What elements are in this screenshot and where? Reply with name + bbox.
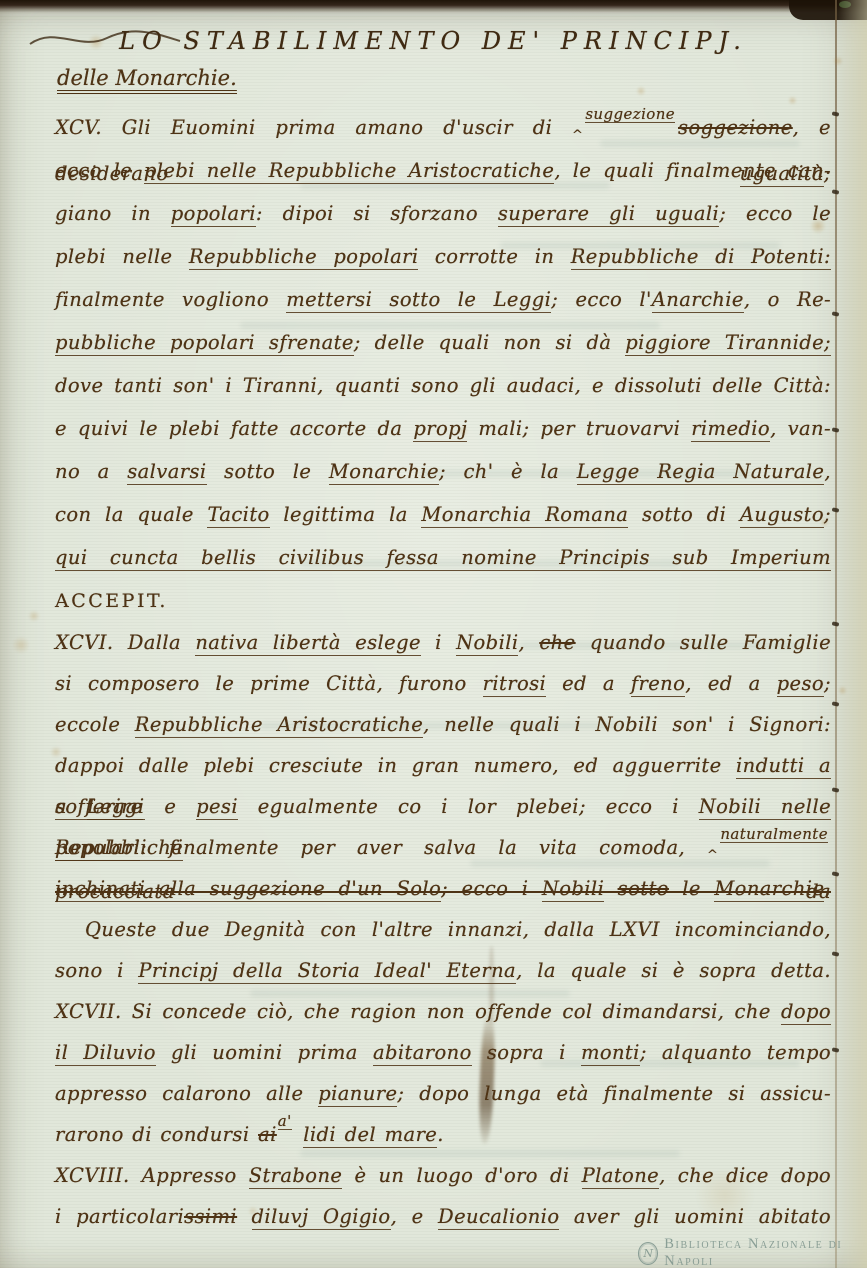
underlined-phrase: dopo — [781, 1000, 831, 1025]
caret-mark: ^ — [707, 835, 718, 876]
text-segment: e — [145, 795, 197, 818]
manuscript-line: i particolarissimi diluvj Ogigio, e Deuc… — [55, 1196, 831, 1237]
manuscript-line: ecco le plebi nelle Repubbliche Aristocr… — [55, 149, 831, 192]
manuscript-line: plebi nelle Repubbliche popolari corrott… — [55, 235, 831, 278]
underlined-phrase: nativa libertà eslege — [195, 631, 421, 656]
struck-word: sotto — [618, 877, 669, 900]
text-segment: i — [421, 631, 456, 654]
section-heading: delle Monarchie. — [57, 66, 237, 94]
text-segment: finalmente vogliono — [55, 288, 286, 311]
underlined-phrase: Deucalionio — [438, 1205, 559, 1230]
underlined-phrase: ritrosi — [483, 672, 547, 697]
page-right-margin-strip — [838, 0, 867, 1268]
underlined-phrase: peso — [777, 672, 824, 697]
binding-tick — [832, 701, 840, 706]
text-segment: ; — [824, 503, 831, 526]
foxing-spot — [788, 96, 797, 105]
binding-tick — [832, 427, 840, 432]
text-segment: , le quali finalmente can- — [554, 159, 831, 182]
manuscript-lines: XCV. Gli Euomini prima amano d'uscir di … — [55, 106, 831, 1237]
binding-tick — [832, 871, 840, 876]
manuscript-line: con la quale Tacito legittima la Monarch… — [55, 493, 831, 536]
text-segment: Queste due Degnità con l'altre innanzi, … — [85, 918, 831, 941]
struck-word: soggezione — [678, 116, 793, 139]
struck-word: ai — [258, 1123, 277, 1146]
text-segment: . — [824, 877, 831, 900]
binding-tick — [832, 189, 840, 194]
manuscript-line: appresso calarono alle pianure; dopo lun… — [55, 1073, 831, 1114]
text-segment: ; delle quali non si dà — [354, 331, 625, 354]
underlined-phrase: Anarchie — [652, 288, 744, 313]
manuscript-line: Queste due Degnità con l'altre innanzi, … — [55, 909, 831, 950]
manuscript-line: XCV. Gli Euomini prima amano d'uscir di … — [55, 106, 831, 149]
underlined-phrase: qui cuncta bellis civilibus fessa nomine… — [55, 546, 831, 571]
underlined-phrase: rimedio — [691, 417, 770, 442]
text-segment: eccole — [55, 713, 135, 736]
text-segment: ; ch' è la — [439, 460, 577, 483]
text-segment: no a — [55, 460, 127, 483]
manuscript-line: ACCEPIT. — [55, 579, 831, 622]
manuscript-line: il Diluvio gli uomini prima abitarono so… — [55, 1032, 831, 1073]
text-segment: , che dice dopo — [659, 1164, 831, 1187]
underlined-phrase: Repubbliche di Potenti: — [571, 245, 831, 270]
inserted-word: naturalmente — [720, 827, 828, 843]
text-segment: giano in — [55, 202, 171, 225]
underlined-phrase: Strabone — [249, 1164, 343, 1189]
manuscript-line: popolari: finalmente per aver salva la v… — [55, 827, 831, 868]
text-segment: , ed a — [685, 672, 776, 695]
underlined-phrase: Legge Regia Naturale — [577, 460, 825, 485]
underlined-phrase: Repubbliche Aristocratiche — [135, 713, 423, 738]
binding-tick — [832, 787, 840, 792]
text-segment: corrotte in — [418, 245, 570, 268]
underlined-phrase: superare gli uguali — [498, 202, 719, 227]
text-segment: ; alquanto tempo — [640, 1041, 831, 1064]
text-segment: aver gli uomini abitato — [559, 1205, 831, 1228]
manuscript-line: no a salvarsi sotto le Monarchie; ch' è … — [55, 450, 831, 493]
manuscript-line: rarono di condursi aia' lidi del mare. — [55, 1114, 831, 1155]
text-segment: ecco le — [55, 159, 144, 182]
underlined-phrase: popolari — [171, 202, 256, 227]
text-segment: le — [669, 877, 714, 900]
underlined-phrase: lidi del mare — [303, 1123, 437, 1148]
text-segment: . — [437, 1123, 444, 1146]
manuscript-line: sono i Principj della Storia Ideal' Eter… — [55, 950, 831, 991]
text-segment: ; ecco le — [719, 202, 831, 225]
text-segment: , — [824, 460, 831, 483]
text-segment — [295, 1123, 304, 1146]
struck-word: che — [539, 631, 575, 654]
library-watermark: N Biblioteca Nazionale di Napoli — [638, 1236, 867, 1268]
struck-word: ssimi — [184, 1205, 237, 1228]
manuscript-page: LO STABILIMENTO DE' PRINCIPJ. delle Mona… — [0, 0, 867, 1268]
underlined-phrase: salvarsi — [127, 460, 206, 485]
inserted-word: suggezione — [585, 107, 675, 123]
text-segment: , van- — [770, 417, 831, 440]
underlined-phrase: Principj della Storia Ideal' Eterna — [138, 959, 516, 984]
text-segment: dappoi dalle plebi cresciute in gran num… — [55, 754, 736, 777]
underlined-phrase: Monarchie — [329, 460, 439, 485]
text-segment — [604, 877, 617, 900]
underlined-phrase: monti — [581, 1041, 640, 1066]
underlined-phrase: pianure — [318, 1082, 397, 1107]
binding-tick — [832, 1047, 840, 1052]
underlined-phrase: abitarono — [373, 1041, 472, 1066]
underlined-phrase: Leggi — [87, 795, 145, 820]
binding-tick — [832, 311, 840, 316]
manuscript-line: a Leggi e pesi egualmente co i lor plebe… — [55, 786, 831, 827]
text-segment: XCVIII. Appresso — [55, 1164, 249, 1187]
manuscript-line: e quivi le plebi fatte accorte da propj … — [55, 407, 831, 450]
text-segment: ed a — [546, 672, 631, 695]
underlined-phrase: mettersi sotto le Leggi — [286, 288, 551, 313]
underlined-phrase: Nobili — [456, 631, 518, 656]
text-segment: , nelle quali i Nobili son' i Signori: — [423, 713, 831, 736]
underlined-phrase: inchinati alla suggezione d'un Solo — [55, 877, 441, 902]
foxing-spot — [12, 636, 30, 654]
text-segment: sopra i — [472, 1041, 581, 1064]
manuscript-line: finalmente vogliono mettersi sotto le Le… — [55, 278, 831, 321]
library-logo-monogram: N — [643, 1247, 653, 1260]
text-segment: mali; per truovarvi — [467, 417, 691, 440]
underlined-phrase: pesi — [196, 795, 238, 820]
binding-tick — [832, 507, 840, 512]
foxing-spot — [833, 56, 843, 66]
text-segment: ; dopo lunga età finalmente si assicu- — [397, 1082, 831, 1105]
underlined-phrase: popolari — [55, 836, 140, 861]
library-logo-icon: N — [638, 1242, 658, 1265]
text-segment: sono i — [55, 959, 138, 982]
text-segment: XCV. Gli Euomini prima amano d'uscir di — [55, 116, 572, 139]
text-segment: XCVI. Dalla — [55, 631, 195, 654]
underlined-phrase: pubbliche popolari sfrenate — [55, 331, 354, 356]
text-segment: a — [55, 795, 87, 818]
text-segment: gli uomini prima — [156, 1041, 373, 1064]
text-segment: : finalmente per aver salva la vita como… — [140, 836, 707, 859]
underlined-phrase: plebi nelle Repubbliche Aristocratiche — [144, 159, 554, 184]
text-segment — [237, 1205, 251, 1228]
text-segment: XCVII. Si concede ciò, che ragion non of… — [55, 1000, 781, 1023]
underlined-phrase: Nobili — [542, 877, 604, 902]
text-segment: sotto di — [628, 503, 740, 526]
caret-mark: ^ — [572, 114, 583, 157]
text-segment: , e — [391, 1205, 438, 1228]
manuscript-line: dove tanti son' i Tiranni, quanti sono g… — [55, 364, 831, 407]
text-segment: , o Re- — [744, 288, 831, 311]
binding-tick — [832, 111, 840, 116]
underlined-phrase: Platone — [582, 1164, 659, 1189]
text-segment: ; ecco i — [441, 877, 542, 900]
underlined-phrase: Monarchia Romana — [421, 503, 628, 528]
text-segment: quando sulle Famiglie — [576, 631, 831, 654]
underlined-phrase: Tacito — [207, 503, 269, 528]
manuscript-line: pubbliche popolari sfrenate; delle quali… — [55, 321, 831, 364]
manuscript-line: eccole Repubbliche Aristocratiche, nelle… — [55, 704, 831, 745]
text-segment: plebi nelle — [55, 245, 189, 268]
foxing-spot — [838, 686, 847, 695]
binding-tick — [832, 951, 840, 956]
manuscript-line: XCVI. Dalla nativa libertà eslege i Nobi… — [55, 622, 831, 663]
page-top-edge — [0, 0, 867, 13]
text-segment: si composero le prime Città, furono — [55, 672, 483, 695]
text-segment: legittima la — [270, 503, 422, 526]
manuscript-line: qui cuncta bellis civilibus fessa nomine… — [55, 536, 831, 579]
text-segment: : dipoi si sforzano — [256, 202, 498, 225]
manuscript-line: XCVIII. Appresso Strabone è un luogo d'o… — [55, 1155, 831, 1196]
foxing-spot — [636, 86, 646, 96]
underlined-phrase: propj — [413, 417, 467, 442]
manuscript-line: giano in popolari: dipoi si sforzano sup… — [55, 192, 831, 235]
text-segment: ; ecco l' — [551, 288, 652, 311]
caps-word: ACCEPIT. — [55, 590, 168, 612]
text-segment: ; — [824, 672, 831, 695]
text-segment: egualmente co i lor plebei; ecco i — [238, 795, 699, 818]
text-segment: appresso calarono alle — [55, 1082, 318, 1105]
underlined-phrase: Monarchie — [714, 877, 824, 902]
foxing-spot — [28, 610, 40, 622]
text-segment: , — [518, 631, 539, 654]
page-title: LO STABILIMENTO DE' PRINCIPJ. — [0, 27, 867, 55]
binding-tick — [832, 621, 840, 626]
underlined-phrase: il Diluvio — [55, 1041, 156, 1066]
underlined-phrase: piggiore Tirannide; — [625, 331, 831, 356]
underlined-phrase: diluvj Ogigio — [252, 1205, 391, 1230]
manuscript-line: dappoi dalle plebi cresciute in gran num… — [55, 745, 831, 786]
manuscript-line: si composero le prime Città, furono ritr… — [55, 663, 831, 704]
underlined-phrase: Repubbliche popolari — [189, 245, 419, 270]
text-segment: è un luogo d'oro di — [342, 1164, 581, 1187]
underlined-phrase: freno — [631, 672, 685, 697]
manuscript-line: XCVII. Si concede ciò, che ragion non of… — [55, 991, 831, 1032]
text-segment: con la quale — [55, 503, 207, 526]
text-segment: i particolari — [55, 1205, 184, 1228]
text-segment: rarono di condursi — [55, 1123, 258, 1146]
library-watermark-label: Biblioteca Nazionale di Napoli — [664, 1236, 867, 1268]
text-segment: , la quale si è sopra detta. — [516, 959, 831, 982]
text-segment: sotto le — [207, 460, 329, 483]
text-segment: e quivi le plebi fatte accorte da — [55, 417, 413, 440]
underlined-phrase: Augusto — [740, 503, 824, 528]
inserted-word: a' — [278, 1114, 292, 1130]
text-segment: dove tanti son' i Tiranni, quanti sono g… — [55, 374, 831, 397]
